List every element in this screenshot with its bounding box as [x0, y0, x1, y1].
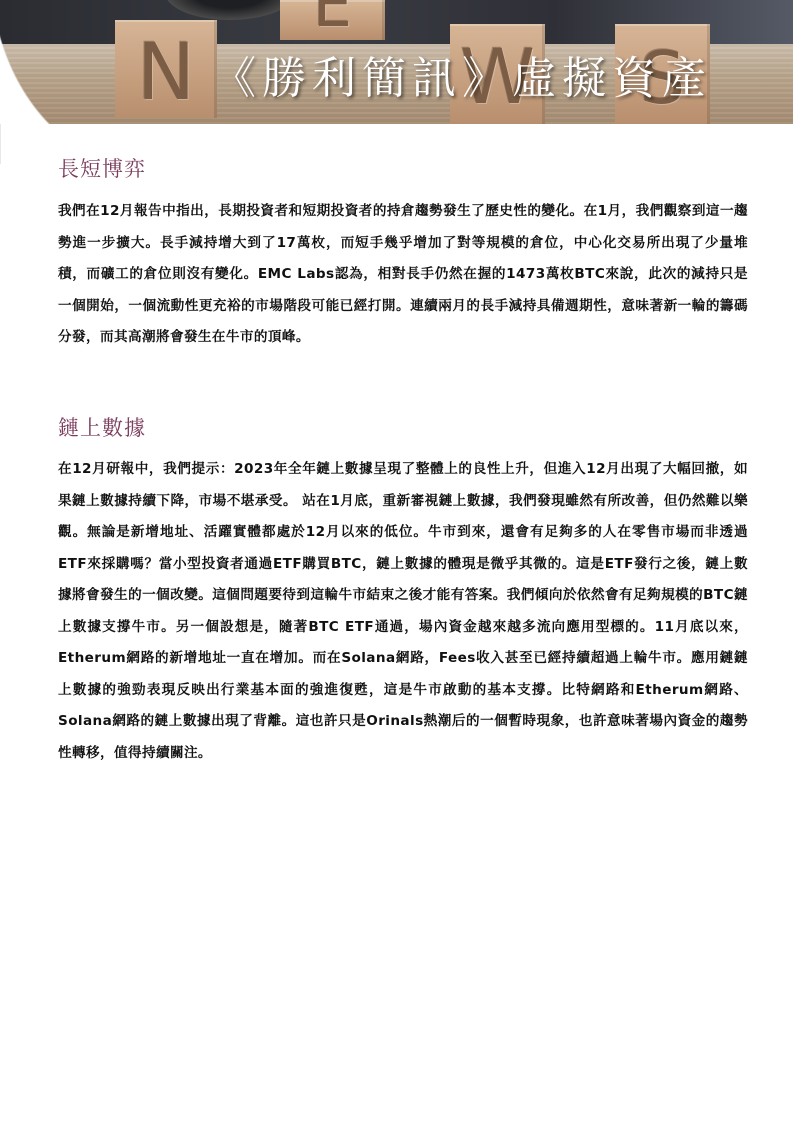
banner-curve-cutout — [0, 0, 80, 124]
section-paragraph-onchain: 在12月研報中，我們提示：2023年全年鏈上數據呈現了整體上的良性上升，但進入1… — [58, 454, 748, 769]
letter-e: E — [280, 0, 385, 41]
page-edge-line — [0, 124, 1, 164]
banner-title: 《勝利簡訊》虛擬資產 — [212, 42, 712, 106]
section-paragraph-long-short: 我們在12月報告中指出，長期投資者和短期投資者的持倉趨勢發生了歷史性的變化。在1… — [58, 196, 748, 354]
header-banner: E N W S 《勝利簡訊》虛擬資產 — [0, 0, 793, 124]
letter-block-e: E — [280, 0, 385, 40]
letter-n: N — [115, 28, 217, 118]
section-heading-long-short: 長短博弈 — [58, 153, 146, 183]
section-heading-onchain: 鏈上數據 — [58, 412, 146, 442]
letter-block-n: N — [115, 20, 217, 118]
